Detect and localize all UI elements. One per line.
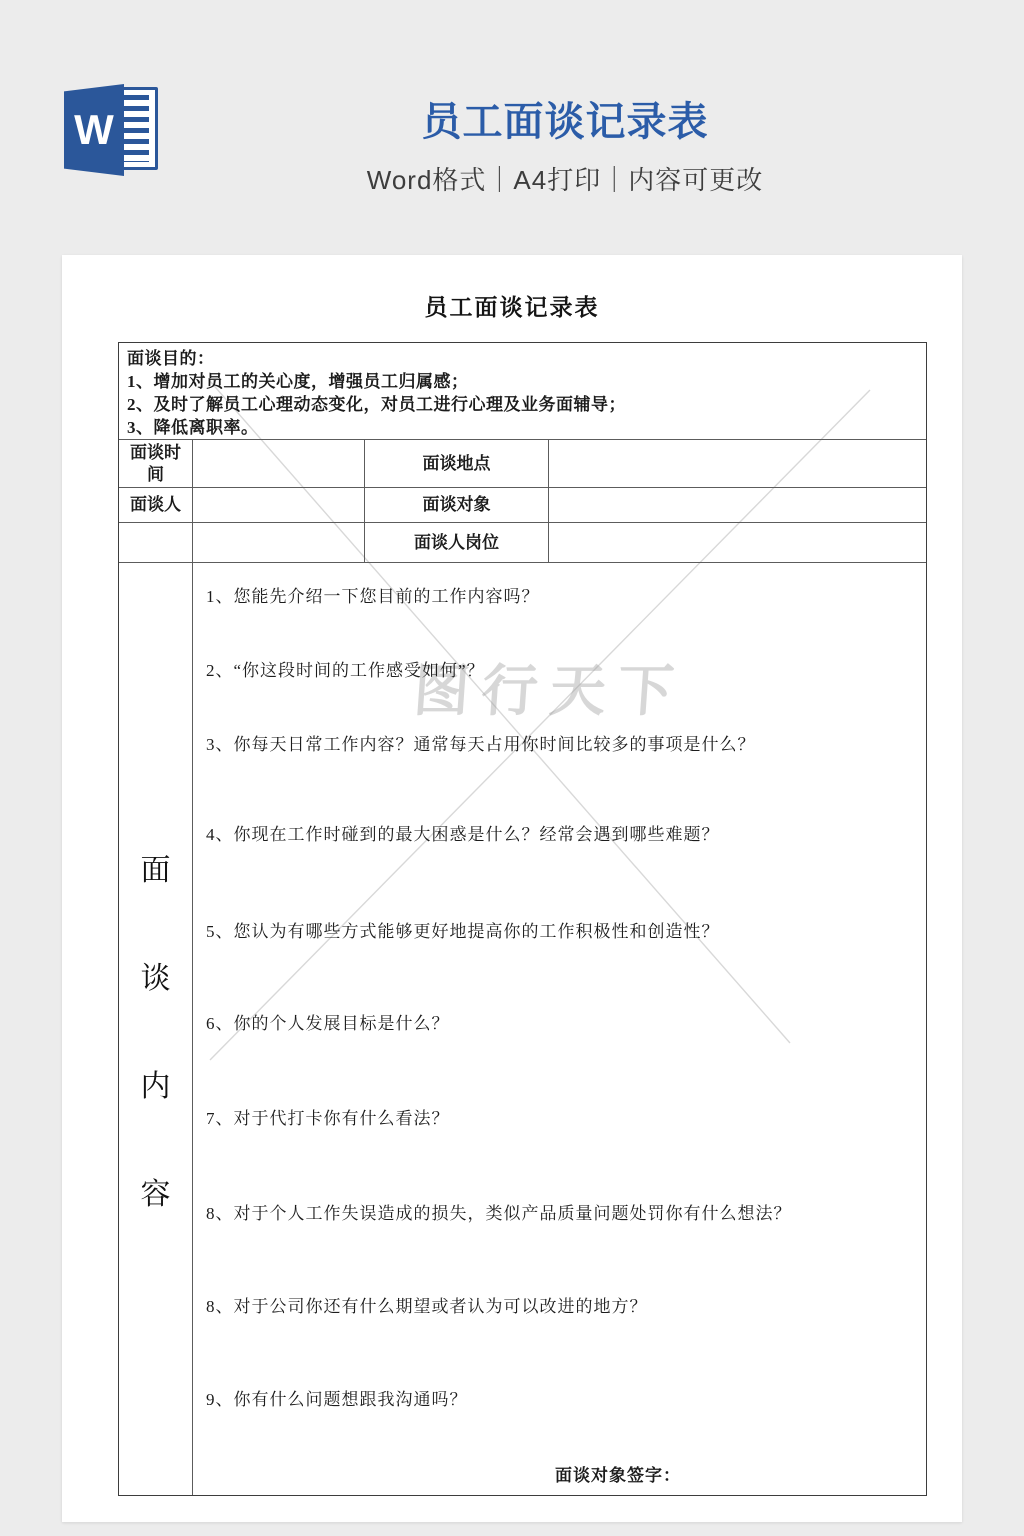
listing-title: 员工面谈记录表 [170, 90, 960, 147]
value-interviewer [192, 488, 364, 522]
question-item: 9、你有什么问题想跟我沟通吗？ [206, 1388, 918, 1412]
side-label-char: 面 [141, 845, 171, 889]
info-row-position: 面谈人岗位 [119, 522, 926, 562]
question-item: 3、你每天日常工作内容？通常每天占用你时间比较多的事项是什么？ [206, 733, 918, 757]
signature-label: 面谈对象签字： [555, 1461, 681, 1486]
purpose-heading: 面谈目的： [127, 347, 918, 370]
purpose-cell: 面谈目的： 1、增加对员工的关心度，增强员工归属感； 2、及时了解员工心理动态变… [119, 343, 926, 439]
question-item: 5、您认为有哪些方式能够更好地提高你的工作积极性和创造性？ [206, 920, 918, 944]
question-item: 8、对于公司你还有什么期望或者认为可以改进的地方？ [206, 1295, 918, 1319]
document-page: 图行天下 员工面谈记录表 面谈目的： 1、增加对员工的关心度，增强员工归属感； … [62, 255, 962, 1522]
listing-subtitle: Word格式｜A4打印｜内容可更改 [170, 160, 960, 197]
value-interviewee [548, 488, 926, 522]
question-item: 6、你的个人发展目标是什么？ [206, 1012, 918, 1036]
listing-header: 员工面谈记录表 Word格式｜A4打印｜内容可更改 [170, 90, 960, 197]
side-label-char: 谈 [141, 953, 171, 997]
question-item: 2、“你这段时间的工作感受如何”？ [206, 659, 918, 683]
interview-content-row: 面 谈 内 容 1、您能先介绍一下您目前的工作内容吗？ 2、“你这段时间的工作感… [119, 562, 926, 1495]
screenshot-canvas: W 员工面谈记录表 Word格式｜A4打印｜内容可更改 图行天下 员工面谈记录表… [0, 0, 1024, 1536]
value-empty [192, 523, 364, 562]
question-item: 4、你现在工作时碰到的最大困惑是什么？经常会遇到哪些难题？ [206, 823, 918, 847]
question-item: 7、对于代打卡你有什么看法？ [206, 1107, 918, 1131]
interview-content-side-label: 面 谈 内 容 [119, 563, 192, 1495]
value-interview-location [548, 440, 926, 487]
question-item: 8、对于个人工作失误造成的损失，类似产品质量问题处罚你有什么想法？ [206, 1202, 918, 1226]
label-interviewee-position: 面谈人岗位 [364, 523, 548, 562]
question-item: 1、您能先介绍一下您目前的工作内容吗？ [206, 585, 918, 609]
word-icon-letter: W [74, 109, 114, 151]
side-label-char: 内 [141, 1061, 171, 1105]
document-title: 员工面谈记录表 [62, 289, 962, 322]
label-interview-location: 面谈地点 [364, 440, 548, 487]
interview-form-table: 面谈目的： 1、增加对员工的关心度，增强员工归属感； 2、及时了解员工心理动态变… [118, 342, 927, 1496]
label-interview-time: 面谈时间 [119, 440, 192, 487]
label-interviewer: 面谈人 [119, 488, 192, 522]
questions-cell: 1、您能先介绍一下您目前的工作内容吗？ 2、“你这段时间的工作感受如何”？ 3、… [192, 563, 926, 1495]
purpose-item-3: 3、降低离职率。 [127, 416, 918, 439]
purpose-item-2: 2、及时了解员工心理动态变化，对员工进行心理及业务面辅导； [127, 393, 918, 416]
value-interviewee-position [548, 523, 926, 562]
info-row-time-location: 面谈时间 面谈地点 [119, 439, 926, 487]
purpose-item-1: 1、增加对员工的关心度，增强员工归属感； [127, 370, 918, 393]
info-row-interviewer-target: 面谈人 面谈对象 [119, 487, 926, 522]
word-icon-panel: W [64, 84, 124, 176]
word-icon: W [64, 84, 161, 176]
side-label-char: 容 [141, 1169, 171, 1213]
label-empty [119, 523, 192, 562]
value-interview-time [192, 440, 364, 487]
label-interviewee: 面谈对象 [364, 488, 548, 522]
